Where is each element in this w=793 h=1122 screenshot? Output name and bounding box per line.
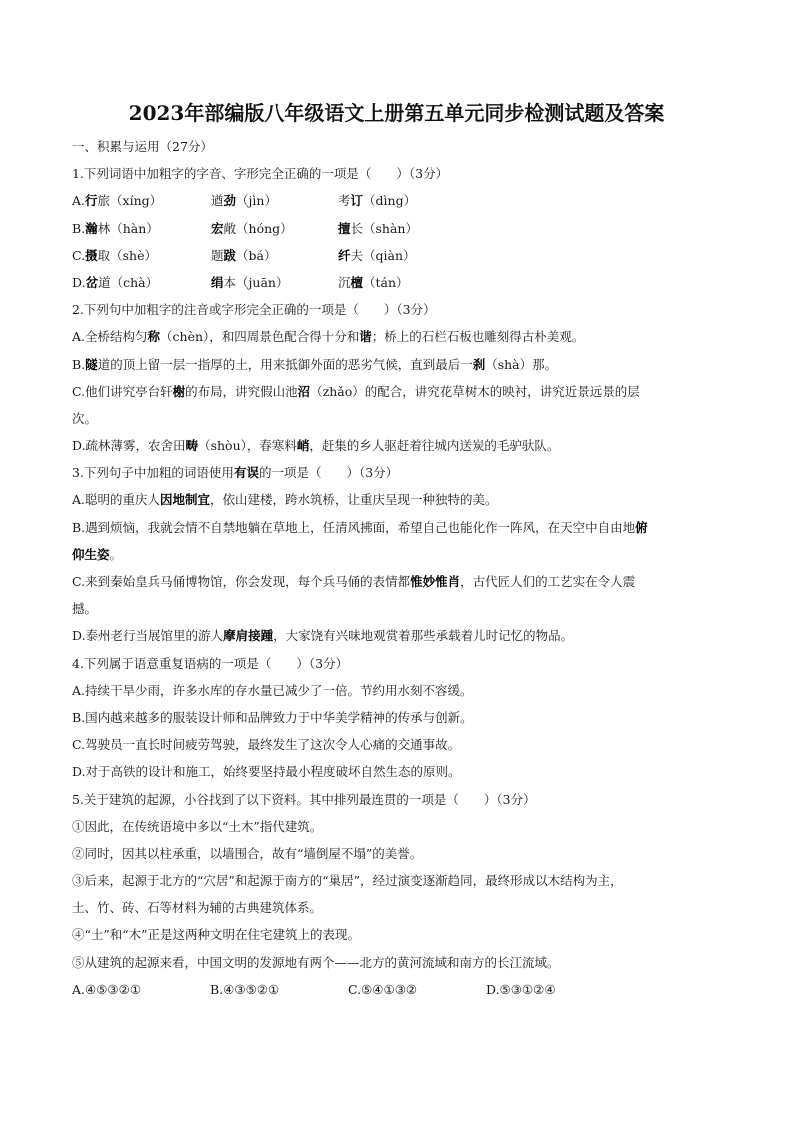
q1-option-b: B.瀚林（hàn） 宏敞（hóng） 擅长（shàn）: [72, 215, 732, 242]
q5-options: A.④⑤③②① B.④③⑤②① C.⑤④①③② D.⑤③①②④: [72, 976, 732, 1003]
q3-option-a: A.聪明的重庆人因地制宜，依山建楼，跨水筑桥，让重庆呈现一种独特的美。: [72, 486, 732, 513]
q2-option-c-cont: 次。: [72, 405, 732, 432]
q5-sentence-5: ⑤从建筑的起源来看，中国文明的发源地有两个——北方的黄河流域和南方的长江流域。: [72, 949, 732, 976]
q5-sentence-3: ③后来，起源于北方的“穴居”和起源于南方的“巢居”，经过演变逐渐趋同，最终形成以…: [72, 867, 732, 894]
q2-option-b: B.隧道的顶上留一层一指厚的土，用来抵御外面的恶劣气候，直到最后一刹（shà）那…: [72, 351, 732, 378]
q4-option-d: D.对于高铁的设计和施工，始终要坚持最小程度破坏自然生态的原则。: [72, 758, 732, 785]
q3-option-b: B.遇到烦恼，我就会情不自禁地躺在草地上，任清风拂面，希望自己也能化作一阵风，在…: [72, 514, 732, 541]
q4-option-b: B.国内越来越多的服装设计师和品牌致力于中华美学精神的传承与创新。: [72, 704, 732, 731]
q2-option-a: A.全桥结构匀称（chèn），和四周景色配合得十分和谐；桥上的石栏石板也雕刻得古…: [72, 323, 732, 350]
document-page: 2023年部编版八年级语文上册第五单元同步检测试题及答案 一、积累与运用（27分…: [0, 0, 793, 1122]
q5-option-d: D.⑤③①②④: [486, 976, 624, 1003]
question-5-stem: 5.关于建筑的起源，小谷找到了以下资料。其中排列最连贯的一项是（ ）（3分）: [72, 786, 732, 813]
section-heading: 一、积累与运用（27分）: [72, 133, 732, 160]
q1-option-a: A.行旅（xíng） 遒劲（jìn） 考订（dìng）: [72, 187, 732, 214]
q1-option-c: C.摄取（shè） 题跋（bá） 纤夫（qiàn）: [72, 242, 732, 269]
question-4-stem: 4.下列属于语意重复语病的一项是（ ）（3分）: [72, 650, 732, 677]
q3-option-d: D.泰州老行当展馆里的游人摩肩接踵，大家饶有兴味地观赏着那些承载着儿时记忆的物品…: [72, 622, 732, 649]
q4-option-c: C.驾驶员一直长时间疲劳驾驶，最终发生了这次令人心痛的交通事故。: [72, 731, 732, 758]
question-2-stem: 2.下列句中加粗字的注音或字形完全正确的一项是（ ）（3分）: [72, 296, 732, 323]
q2-option-c: C.他们讲究亭台轩榭的布局，讲究假山池沼（zhǎo）的配合，讲究花草树木的映衬，…: [72, 378, 732, 405]
q3-option-c: C.来到秦始皇兵马俑博物馆，你会发现，每个兵马俑的表情都惟妙惟肖，古代匠人们的工…: [72, 568, 732, 595]
q4-option-a: A.持续干旱少雨，许多水库的存水量已减少了一倍。节约用水刻不容缓。: [72, 677, 732, 704]
q5-option-c: C.⑤④①③②: [348, 976, 486, 1003]
q5-sentence-3-cont: 土、竹、砖、石等材料为辅的古典建筑体系。: [72, 894, 732, 921]
q3-option-b-cont: 仰生姿。: [72, 541, 732, 568]
q2-option-d: D.疏林薄雾，农舍田畴（shòu），春寒料峭，赶集的乡人驱赶着往城内送炭的毛驴驮…: [72, 432, 732, 459]
q1-option-d: D.岔道（chà） 绢本（juān） 沉檀（tán）: [72, 269, 732, 296]
question-1-stem: 1.下列词语中加粗字的字音、字形完全正确的一项是（ ）（3分）: [72, 160, 732, 187]
question-3-stem: 3.下列句子中加粗的词语使用有误的一项是（ ）（3分）: [72, 459, 732, 486]
page-title: 2023年部编版八年级语文上册第五单元同步检测试题及答案: [0, 97, 793, 126]
document-body: 一、积累与运用（27分） 1.下列词语中加粗字的字音、字形完全正确的一项是（ ）…: [72, 133, 732, 1003]
q5-option-a: A.④⑤③②①: [72, 976, 210, 1003]
q3-option-c-cont: 撼。: [72, 595, 732, 622]
q5-sentence-1: ①因此，在传统语境中多以“土木”指代建筑。: [72, 813, 732, 840]
q5-option-b: B.④③⑤②①: [210, 976, 348, 1003]
q5-sentence-4: ④“土”和“木”正是这两种文明在住宅建筑上的表现。: [72, 921, 732, 948]
q5-sentence-2: ②同时，因其以柱承重，以墙围合，故有“墙倒屋不塌”的美誉。: [72, 840, 732, 867]
